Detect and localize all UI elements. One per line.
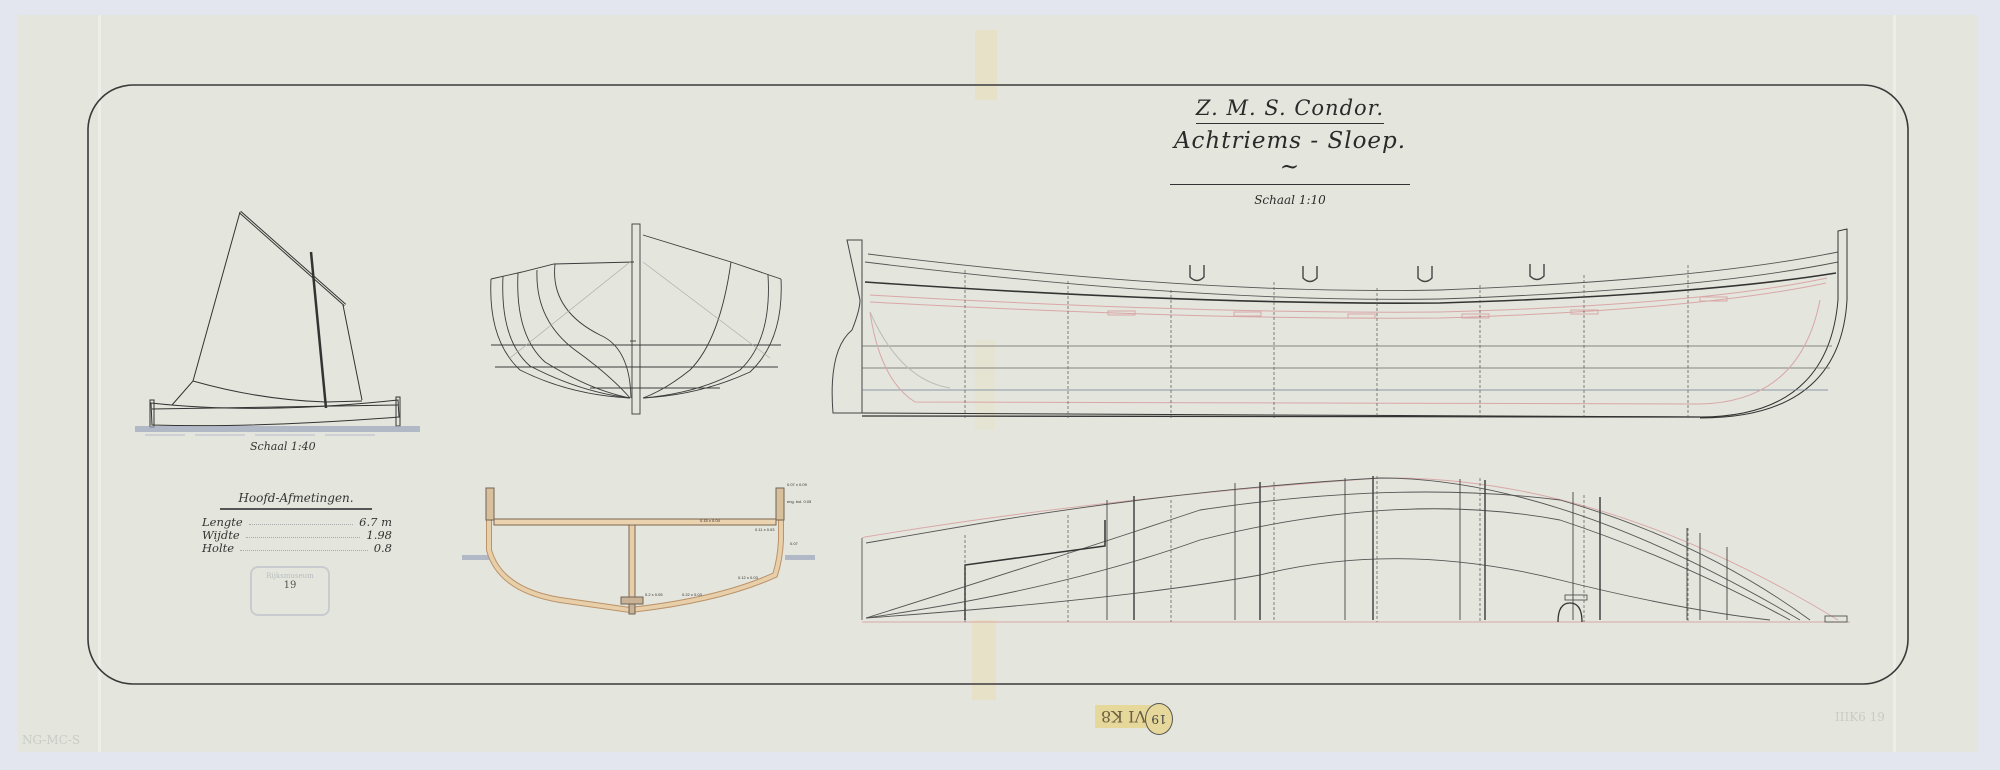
svg-text:0.12 x 0.03: 0.12 x 0.03 — [738, 575, 759, 580]
boat-type: Achtriems - Sloep. ~ — [1170, 128, 1410, 185]
ship-drawing: 0.15 x 0.04 0.07 x 0.09 eng. bol. 0.05 0… — [0, 0, 2000, 770]
midship-section: 0.15 x 0.04 0.07 x 0.09 eng. bol. 0.05 0… — [462, 482, 815, 614]
archive-mark: VI K8 — [1095, 705, 1152, 728]
museum-stamp: Rijksmuseum 19 — [250, 566, 330, 616]
drawing-title: Z. M. S. Condor. Achtriems - Sloep. ~ Sc… — [1170, 96, 1410, 207]
main-scale: Schaal 1:10 — [1170, 193, 1410, 207]
svg-text:0.22 x 0.03: 0.22 x 0.03 — [682, 592, 703, 597]
inventory-mark-right: IIIK6 19 — [1835, 710, 1885, 724]
inventory-mark-left: NG-MC-S — [22, 733, 80, 747]
half-breadth-plan — [862, 476, 1850, 622]
sail-plan-scale: Schaal 1:40 — [250, 440, 316, 453]
dimension-label: Holte — [202, 542, 234, 555]
body-plan — [491, 224, 782, 414]
svg-text:0.07: 0.07 — [790, 541, 799, 546]
circled-number: 19 — [1145, 703, 1173, 735]
main-dimensions-table: Hoofd-Afmetingen. Lengte 6.7 m Wijdte 1.… — [202, 491, 392, 555]
sheer-profile — [832, 229, 1847, 418]
border-frame — [88, 85, 1908, 684]
sail-plan — [135, 212, 420, 435]
svg-text:0.2 x 0.05: 0.2 x 0.05 — [645, 592, 663, 597]
svg-text:0.07 x 0.09: 0.07 x 0.09 — [787, 482, 808, 487]
dimension-value: 0.8 — [374, 542, 392, 555]
stamp-number: 19 — [252, 581, 328, 590]
dimensions-heading: Hoofd-Afmetingen. — [220, 491, 372, 510]
svg-text:0.15 x 0.04: 0.15 x 0.04 — [700, 518, 721, 523]
ship-name: Z. M. S. Condor. — [1196, 96, 1384, 124]
svg-text:eng. bol. 0.05: eng. bol. 0.05 — [787, 499, 812, 504]
svg-text:0.11 x 0.03: 0.11 x 0.03 — [755, 527, 775, 532]
dimension-row: Holte 0.8 — [202, 542, 392, 555]
